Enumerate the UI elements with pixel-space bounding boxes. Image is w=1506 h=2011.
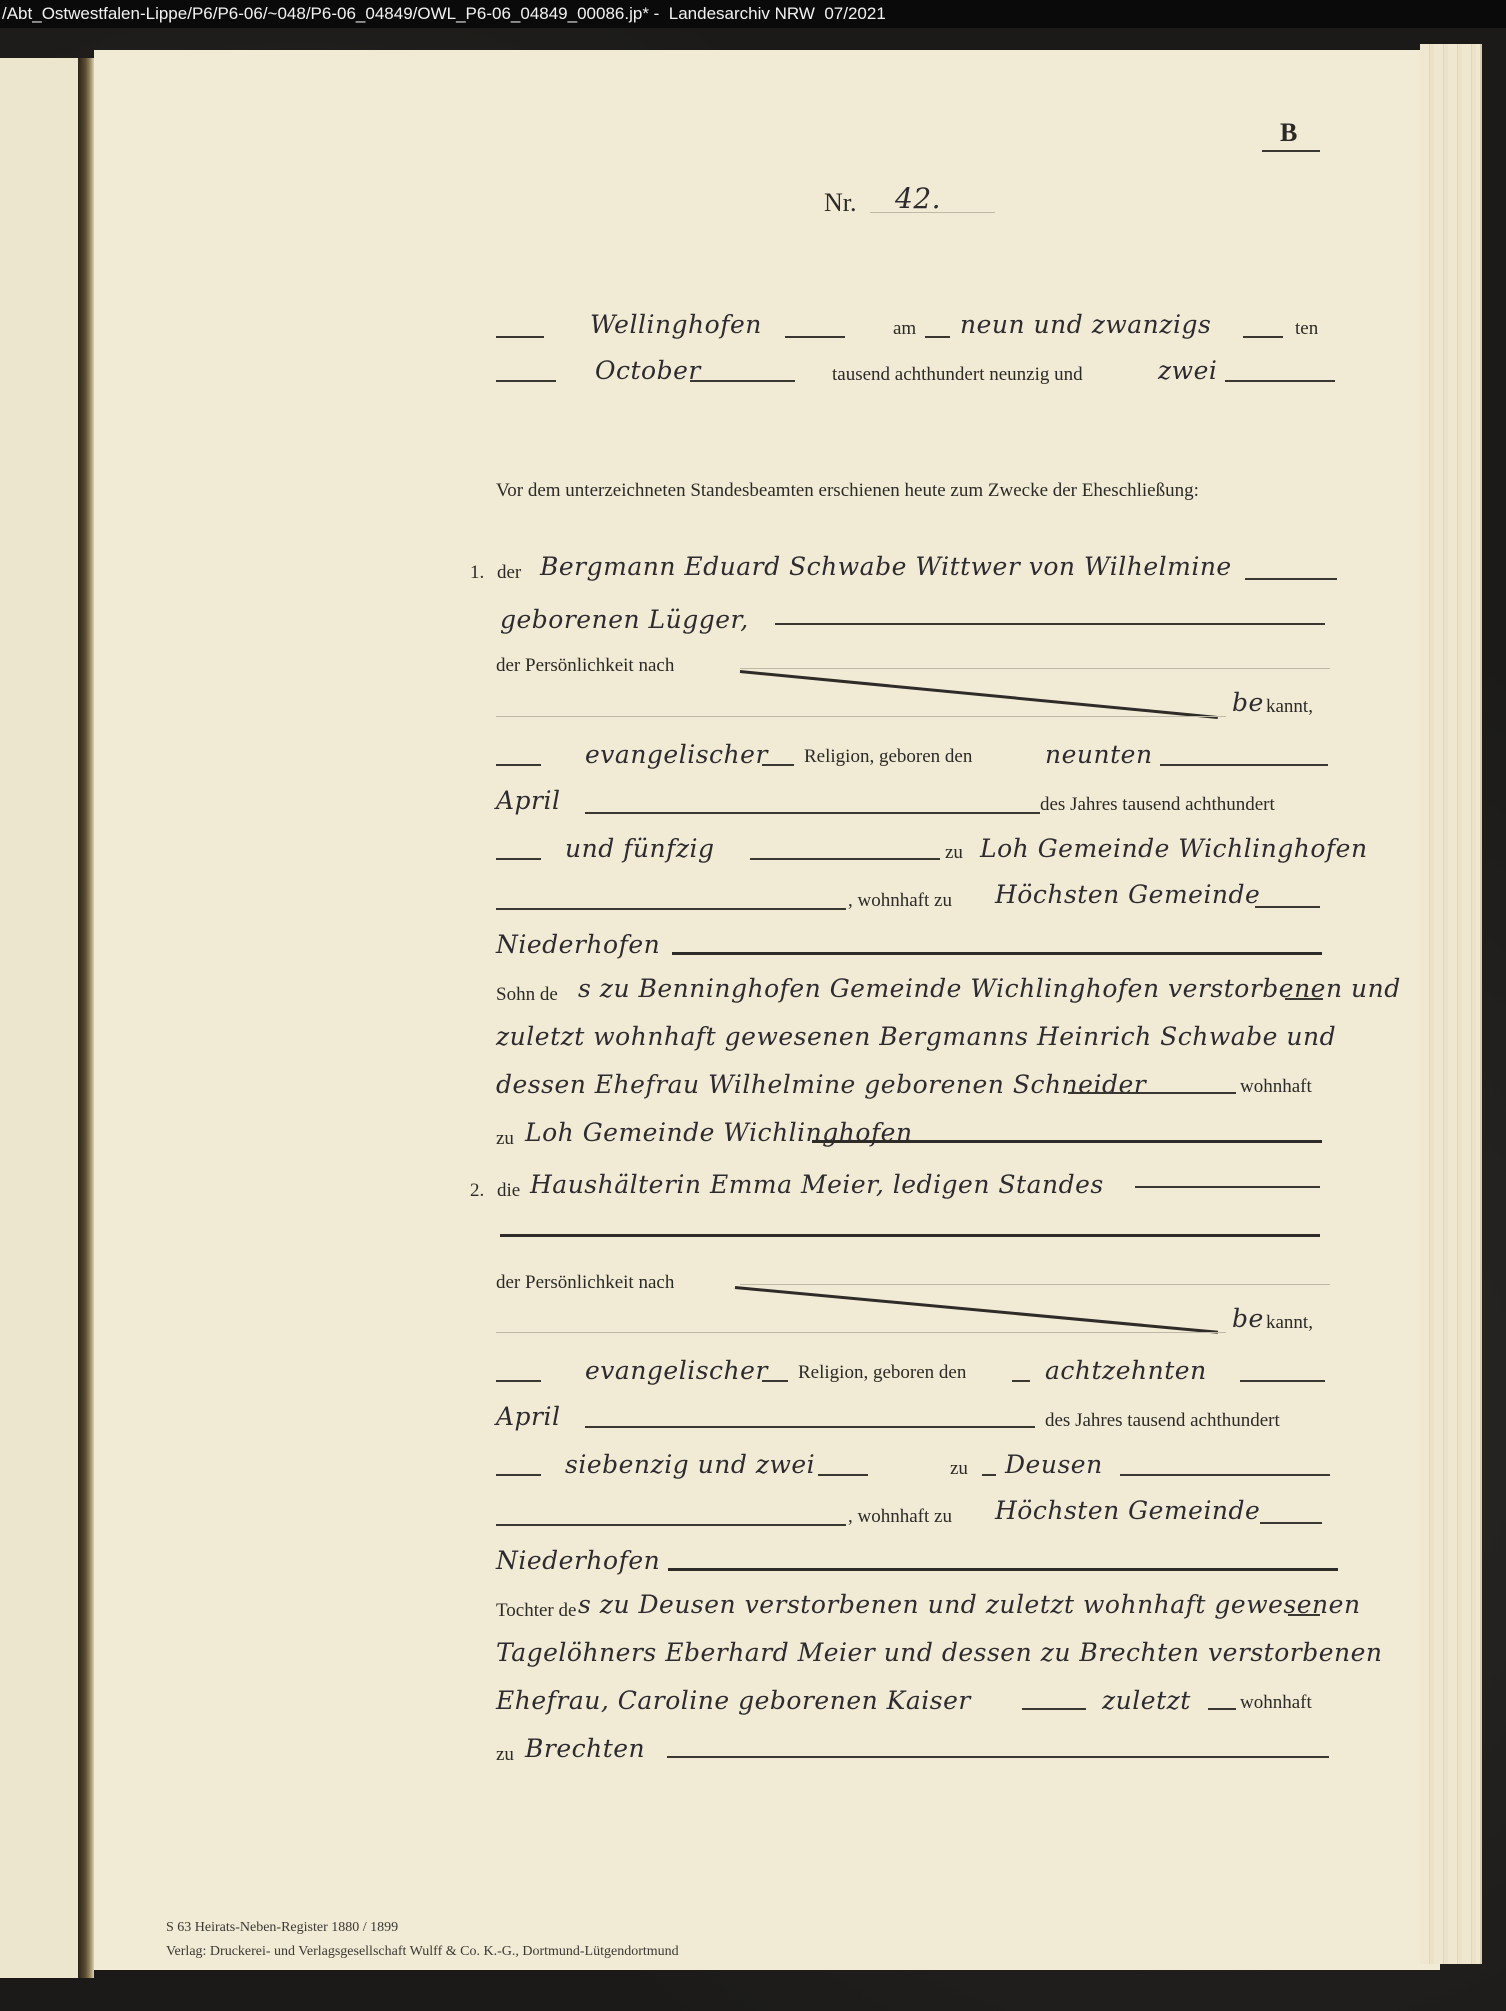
bride-parents-residence: Brechten — [525, 1734, 645, 1763]
form-line — [496, 1332, 1226, 1333]
fill-line — [496, 1524, 846, 1526]
bride-parents-line-3: Ehefrau, Caroline geborenen Kaiser — [496, 1686, 971, 1715]
bride-religion-label: Religion, geboren den — [798, 1362, 966, 1384]
fill-line — [1160, 764, 1328, 766]
groom-parents-zu-label: zu — [496, 1128, 514, 1150]
groom-residence-cont: Niederhofen — [496, 930, 660, 959]
fill-line — [818, 1474, 868, 1476]
fill-line — [496, 908, 846, 910]
intro-text: Vor dem unterzeichneten Standesbeamten e… — [496, 480, 1199, 502]
place-value: Wellinghofen — [590, 310, 762, 339]
fill-line — [1135, 1186, 1320, 1188]
groom-number: 1. — [470, 562, 484, 584]
fill-line — [1012, 1380, 1030, 1382]
bride-strike-line — [735, 1286, 1218, 1334]
fill-line — [762, 764, 794, 766]
groom-birth-year: und fünfzig — [565, 834, 715, 863]
groom-birth-month: April — [496, 786, 561, 815]
groom-bekannt-value: be — [1232, 688, 1264, 717]
fill-line — [585, 812, 1040, 814]
nr-line — [870, 212, 995, 213]
form-line — [496, 716, 1226, 717]
fill-line — [1260, 1522, 1322, 1524]
groom-jahres-label: des Jahres tausend achthundert — [1040, 794, 1275, 816]
am-label: am — [893, 318, 916, 340]
section-underline — [1262, 150, 1320, 152]
bride-number: 2. — [470, 1180, 484, 1202]
groom-religion: evangelischer — [585, 740, 768, 769]
groom-wohnhaft-label: wohnhaft — [1240, 1076, 1312, 1098]
groom-parent-label: Sohn de — [496, 984, 558, 1006]
nr-label: Nr. — [824, 188, 857, 218]
groom-parents-line-3: dessen Ehefrau Wilhelmine geborenen Schn… — [496, 1070, 1146, 1099]
bride-residence: Höchsten Gemeinde — [995, 1496, 1260, 1525]
fill-line — [496, 336, 544, 338]
groom-parents-line-2: zuletzt wohnhaft gewesenen Bergmanns Hei… — [496, 1022, 1336, 1051]
bride-parents-line-2: Tagelöhners Eberhard Meier und dessen zu… — [496, 1638, 1383, 1667]
fill-line — [1225, 380, 1335, 382]
fill-line — [750, 858, 940, 860]
year-value: zwei — [1158, 356, 1217, 385]
fill-line — [1243, 336, 1283, 338]
form-line — [740, 1284, 1330, 1285]
day-value: neun und zwanzigs — [960, 310, 1211, 339]
bride-religion: evangelischer — [585, 1356, 768, 1385]
bride-line-1: Haushälterin Emma Meier, ledigen Standes — [530, 1170, 1104, 1199]
ten-label: ten — [1295, 318, 1318, 340]
fill-line — [775, 623, 1325, 625]
fill-line — [982, 1474, 996, 1476]
groom-residence: Höchsten Gemeinde — [995, 880, 1260, 909]
fill-line — [496, 1474, 541, 1476]
bride-birth-day: achtzehnten — [1045, 1356, 1207, 1385]
fill-line — [496, 1380, 541, 1382]
register-form: B Nr. 42. Wellinghofen am neun und zwanz… — [0, 0, 1506, 2011]
fill-line — [1285, 998, 1323, 1000]
bride-birth-year: siebenzig und zwei — [565, 1450, 815, 1479]
fill-line — [1245, 578, 1337, 580]
fill-line — [1208, 1708, 1236, 1710]
groom-birth-place: Loh Gemeinde Wichlinghofen — [980, 834, 1368, 863]
form-line — [740, 668, 1330, 669]
groom-religion-label: Religion, geboren den — [804, 746, 972, 768]
fill-line — [762, 1380, 788, 1382]
fill-line — [1240, 1380, 1325, 1382]
bride-residence-cont: Niederhofen — [496, 1546, 660, 1575]
fill-line — [668, 1568, 1338, 1571]
bride-parents-zuletzt: zuletzt — [1102, 1686, 1191, 1715]
groom-article: der — [497, 562, 521, 584]
fill-line — [585, 1426, 1035, 1428]
year-label: tausend achthundert neunzig und — [832, 364, 1083, 386]
bride-wohnhaft-zu-label: , wohnhaft zu — [848, 1506, 952, 1528]
groom-persoenlichkeit-label: der Persönlichkeit nach — [496, 655, 674, 677]
fill-line — [1120, 1474, 1330, 1476]
bride-zu-label: zu — [950, 1458, 968, 1480]
fill-line — [1288, 1614, 1320, 1616]
fill-line — [785, 336, 845, 338]
groom-zu-label: zu — [945, 842, 963, 864]
fill-line — [1255, 906, 1320, 908]
fill-line — [667, 1756, 1329, 1758]
form-footer-register: S 63 Heirats-Neben-Register 1880 / 1899 — [166, 1920, 398, 1936]
groom-bekannt-label: kannt, — [1266, 696, 1313, 718]
bride-parent-label: Tochter de — [496, 1600, 576, 1622]
bride-bekannt-value: be — [1232, 1304, 1264, 1333]
bride-birth-place: Deusen — [1005, 1450, 1103, 1479]
fill-line — [925, 336, 950, 338]
bride-parents-line-1: s zu Deusen verstorbenen und zuletzt woh… — [578, 1590, 1361, 1619]
groom-line-1: Bergmann Eduard Schwabe Wittwer von Wilh… — [540, 552, 1232, 581]
bride-parents-zu-label: zu — [496, 1744, 514, 1766]
fill-line — [812, 1140, 1322, 1143]
bride-article: die — [497, 1180, 520, 1202]
bride-wohnhaft-label: wohnhaft — [1240, 1692, 1312, 1714]
groom-birth-day: neunten — [1045, 740, 1153, 769]
form-footer-publisher: Verlag: Druckerei- und Verlagsgesellscha… — [166, 1944, 679, 1960]
month-value: October — [595, 356, 701, 385]
groom-wohnhaft-zu-label: , wohnhaft zu — [848, 890, 952, 912]
bride-birth-month: April — [496, 1402, 561, 1431]
fill-line — [1068, 1092, 1236, 1094]
fill-line — [496, 380, 556, 382]
groom-parents-line-1: s zu Benninghofen Gemeinde Wichlinghofen… — [578, 974, 1401, 1003]
bride-persoenlichkeit-label: der Persönlichkeit nach — [496, 1272, 674, 1294]
fill-line — [690, 380, 795, 382]
fill-line — [672, 952, 1322, 955]
bride-jahres-label: des Jahres tausend achthundert — [1045, 1410, 1280, 1432]
nr-value: 42. — [895, 182, 941, 215]
bride-bekannt-label: kannt, — [1266, 1312, 1313, 1334]
fill-line — [1022, 1708, 1086, 1710]
groom-line-2: geborenen Lügger, — [500, 605, 749, 634]
fill-line — [496, 764, 541, 766]
groom-strike-line — [740, 670, 1218, 719]
section-letter: B — [1280, 118, 1297, 148]
fill-line — [500, 1234, 1320, 1237]
fill-line — [496, 858, 541, 860]
